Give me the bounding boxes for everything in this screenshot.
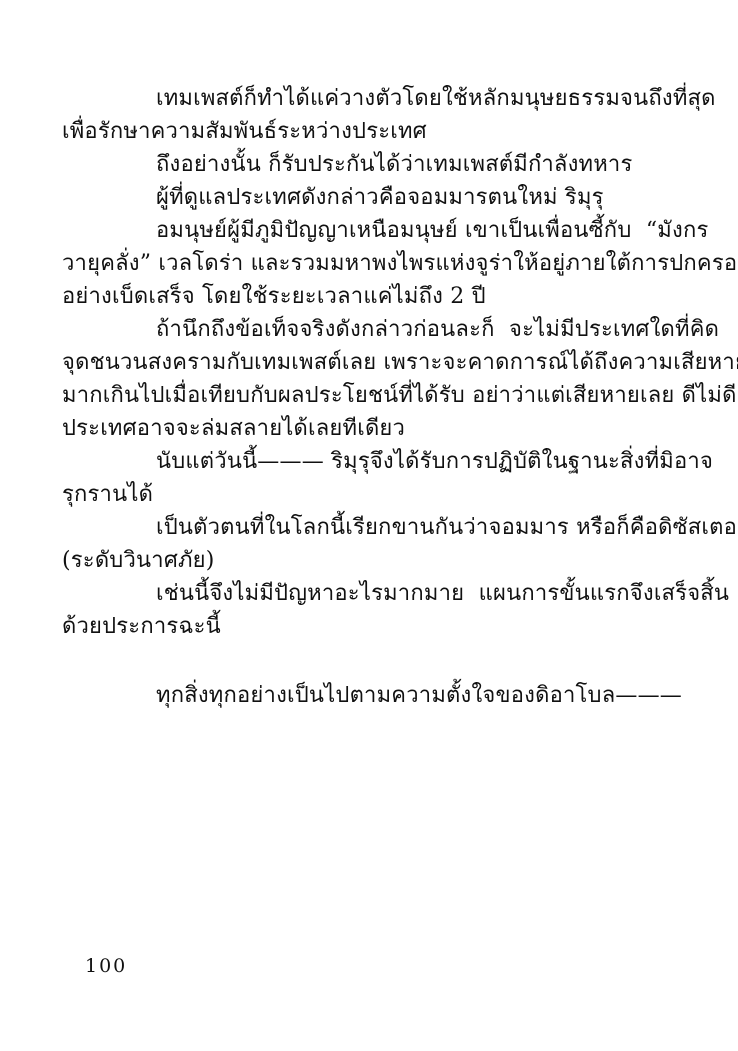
text-line: ถึงอย่างนั้น ก็รับประกันได้ว่าเทมเพสต์มี… xyxy=(62,148,686,181)
book-page: เทมเพสต์ก็ทำได้แค่วางตัวโดยใช้หลักมนุษยธ… xyxy=(0,0,738,1051)
text-line: อย่างเบ็ดเสร็จ โดยใช้ระยะเวลาแค่ไม่ถึง 2… xyxy=(62,280,686,313)
text-line: ทุกสิ่งทุกอย่างเป็นไปตามความตั้งใจของดิอ… xyxy=(62,679,686,712)
text-line: เพื่อรักษาความสัมพันธ์ระหว่างประเทศ xyxy=(62,115,686,148)
text-line: (ระดับวินาศภัย) xyxy=(62,544,686,577)
text-line: ถ้านึกถึงข้อเท็จจริงดังกล่าวก่อนละก็ จะไ… xyxy=(62,313,686,346)
text-line: เป็นตัวตนที่ในโลกนี้เรียกขานกันว่าจอมมาร… xyxy=(62,511,686,544)
text-line: วายุคลั่ง” เวลโดร่า และรวมมหาพงไพรแห่งจู… xyxy=(62,247,686,280)
text-line: มากเกินไปเมื่อเทียบกับผลประโยชน์ที่ได้รั… xyxy=(62,379,686,412)
text-line: ผู้ที่ดูแลประเทศดังกล่าวคือจอมมารตนใหม่ … xyxy=(62,181,686,214)
body-text: เทมเพสต์ก็ทำได้แค่วางตัวโดยใช้หลักมนุษยธ… xyxy=(62,82,686,712)
text-line: ด้วยประการฉะนี้ xyxy=(62,610,686,643)
text-line xyxy=(62,643,686,679)
text-line: อมนุษย์ผู้มีภูมิปัญญาเหนือมนุษย์ เขาเป็น… xyxy=(62,214,686,247)
text-line: เทมเพสต์ก็ทำได้แค่วางตัวโดยใช้หลักมนุษยธ… xyxy=(62,82,686,115)
text-line: จุดชนวนสงครามกับเทมเพสต์เลย เพราะจะคาดกา… xyxy=(62,346,686,379)
text-line: รุกรานได้ xyxy=(62,478,686,511)
text-line: ประเทศอาจจะล่มสลายได้เลยทีเดียว xyxy=(62,412,686,445)
text-line: เช่นนี้จึงไม่มีปัญหาอะไรมากมาย แผนการขั้… xyxy=(62,577,686,610)
page-number: 100 xyxy=(85,955,127,977)
text-line: นับแต่วันนี้——— ริมุรุจึงได้รับการปฏิบัต… xyxy=(62,445,686,478)
